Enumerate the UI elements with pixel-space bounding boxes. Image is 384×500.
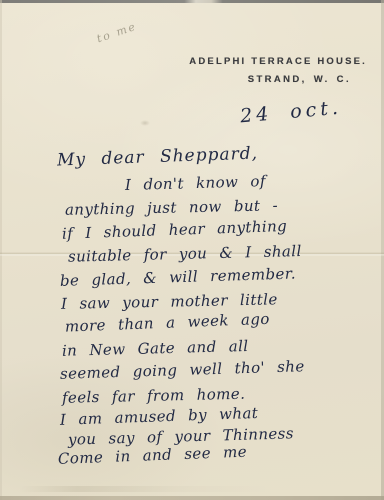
bottom-smudge [0,486,384,492]
letterhead-address-line1: ADELPHI TERRACE HOUSE. [189,56,367,67]
scan-left-edge [0,0,2,500]
ink-smudge [140,120,150,126]
scan-top-edge [0,0,384,3]
scan-bottom-edge [0,496,384,500]
pencil-annotation: to me [95,20,138,46]
letter-salutation: My dear Sheppard, [57,143,259,170]
letter-body: I don't know ofanything just now but -if… [55,176,370,469]
handwritten-date: 24 oct. [239,97,343,128]
letterhead-address-line2: STRAND, W. C. [248,74,351,85]
scanned-letter-page: to me ADELPHI TERRACE HOUSE. STRAND, W. … [0,0,384,500]
